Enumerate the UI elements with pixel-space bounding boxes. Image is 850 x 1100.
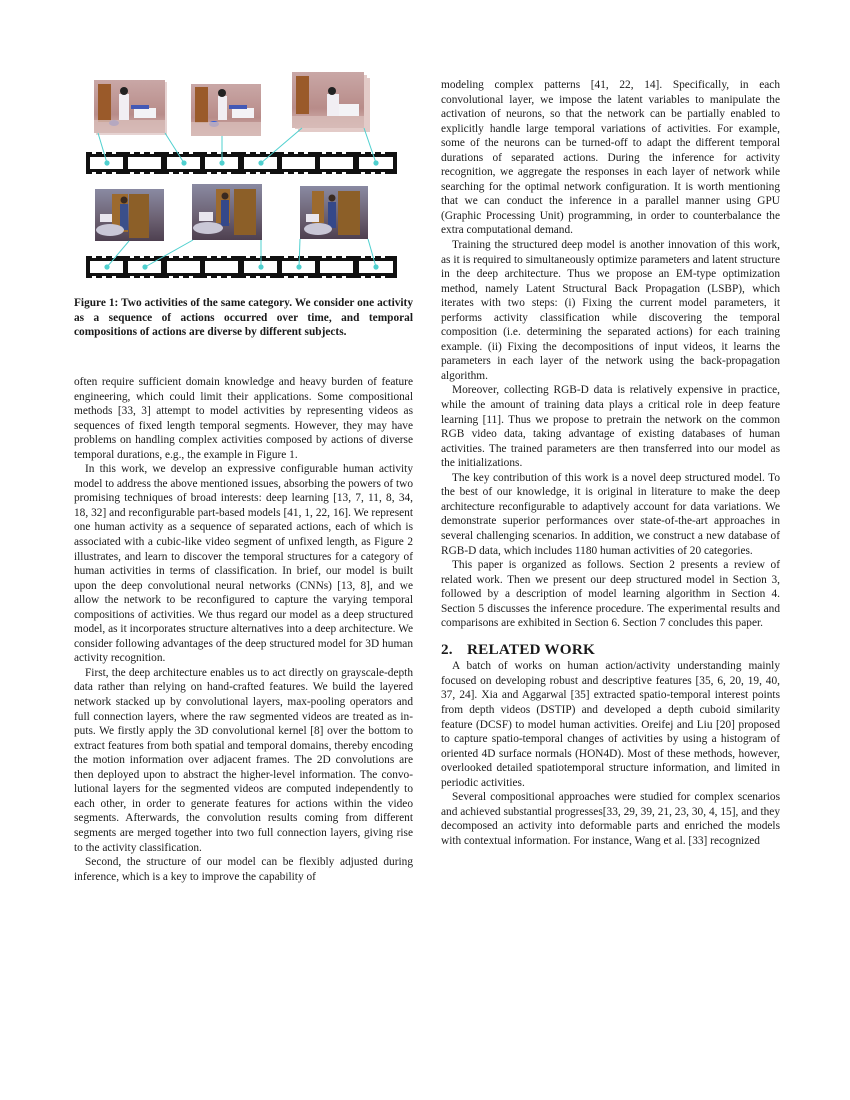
- section-title: RELATED WORK: [467, 641, 595, 658]
- paragraph: A batch of works on human action/activit…: [441, 659, 780, 790]
- thumbnail-row1-3: [292, 72, 370, 132]
- thumbnail-row2-1: [95, 189, 164, 241]
- paragraph: Several compositional approaches were st…: [441, 790, 780, 848]
- thumbnail-row1-2: [191, 84, 261, 136]
- figure-1: [74, 72, 413, 286]
- paragraph: First, the deep architecture enables us …: [74, 666, 413, 855]
- paragraph: Second, the structure of our model can b…: [74, 855, 413, 884]
- paragraph: The key contribution of this work is a n…: [441, 471, 780, 558]
- film-strip-row1: [86, 152, 397, 174]
- thumbnail-row1-1: [94, 80, 167, 135]
- paragraph: modeling complex patterns [41, 22, 14]. …: [441, 78, 780, 238]
- right-column: modeling complex patterns [41, 22, 14]. …: [441, 78, 780, 848]
- paragraph: Moreover, collecting RGB-D data is relat…: [441, 383, 780, 470]
- left-column: often require sufficient domain knowledg…: [74, 375, 413, 884]
- section-number: 2.: [441, 643, 467, 658]
- film-strip-row2: [86, 256, 397, 278]
- paragraph: often require sufficient domain knowledg…: [74, 375, 413, 462]
- thumbnail-row2-3: [300, 186, 368, 239]
- section-heading: 2.RELATED WORK: [441, 643, 780, 658]
- paragraph: This paper is organized as follows. Sect…: [441, 558, 780, 631]
- thumbnail-row2-2: [192, 184, 262, 240]
- paragraph: Training the structured deep model is an…: [441, 238, 780, 383]
- paragraph: In this work, we develop an expressive c…: [74, 462, 413, 666]
- figure-caption: Figure 1: Two activities of the same cat…: [74, 296, 413, 340]
